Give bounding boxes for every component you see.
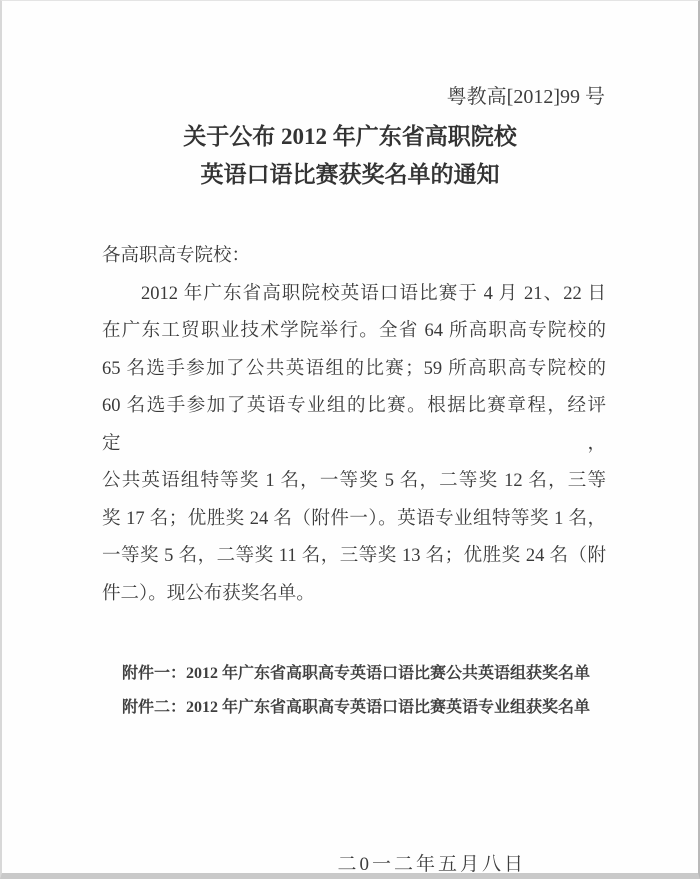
body-line: 公共英语组特等奖 1 名，一等奖 5 名，二等奖 12 名，三等 (102, 463, 606, 501)
body-line: 60 名选手参加了英语专业组的比赛。根据比赛章程，经评定， (102, 388, 606, 463)
document-body: 各高职高专院校： 2012 年广东省高职院校英语口语比赛于 4 月 21、22 … (102, 238, 606, 613)
attachment-line: 附件一：2012 年广东省高职高专英语口语比赛公共英语组获奖名单 (122, 657, 606, 691)
body-line: 2012 年广东省高职院校英语口语比赛于 4 月 21、22 日 (102, 276, 606, 314)
document-number: 粤教高[2012]99 号 (2, 1, 698, 109)
document-date: 二0一二年五月八日 (2, 851, 698, 879)
document-title-line2: 英语口语比赛获奖名单的通知 (2, 156, 698, 194)
body-line: 奖 17 名；优胜奖 24 名（附件一）。英语专业组特等奖 1 名， (102, 501, 606, 539)
salutation: 各高职高专院校： (102, 238, 606, 276)
document-title: 关于公布 2012 年广东省高职院校 英语口语比赛获奖名单的通知 (2, 118, 698, 194)
attachment-list: 附件一：2012 年广东省高职高专英语口语比赛公共英语组获奖名单 附件二：201… (122, 657, 606, 725)
document-page: 粤教高[2012]99 号 关于公布 2012 年广东省高职院校 英语口语比赛获… (0, 0, 700, 879)
document-title-line1: 关于公布 2012 年广东省高职院校 (2, 118, 698, 156)
body-line: 在广东工贸职业技术学院举行。全省 64 所高职高专院校的 (102, 313, 606, 351)
attachment-line: 附件二：2012 年广东省高职高专英语口语比赛英语专业组获奖名单 (122, 691, 606, 725)
body-line: 件二）。现公布获奖名单。 (102, 576, 606, 614)
body-line: 65 名选手参加了公共英语组的比赛；59 所高职高专院校的 (102, 351, 606, 389)
body-line: 一等奖 5 名，二等奖 11 名，三等奖 13 名；优胜奖 24 名（附 (102, 538, 606, 576)
